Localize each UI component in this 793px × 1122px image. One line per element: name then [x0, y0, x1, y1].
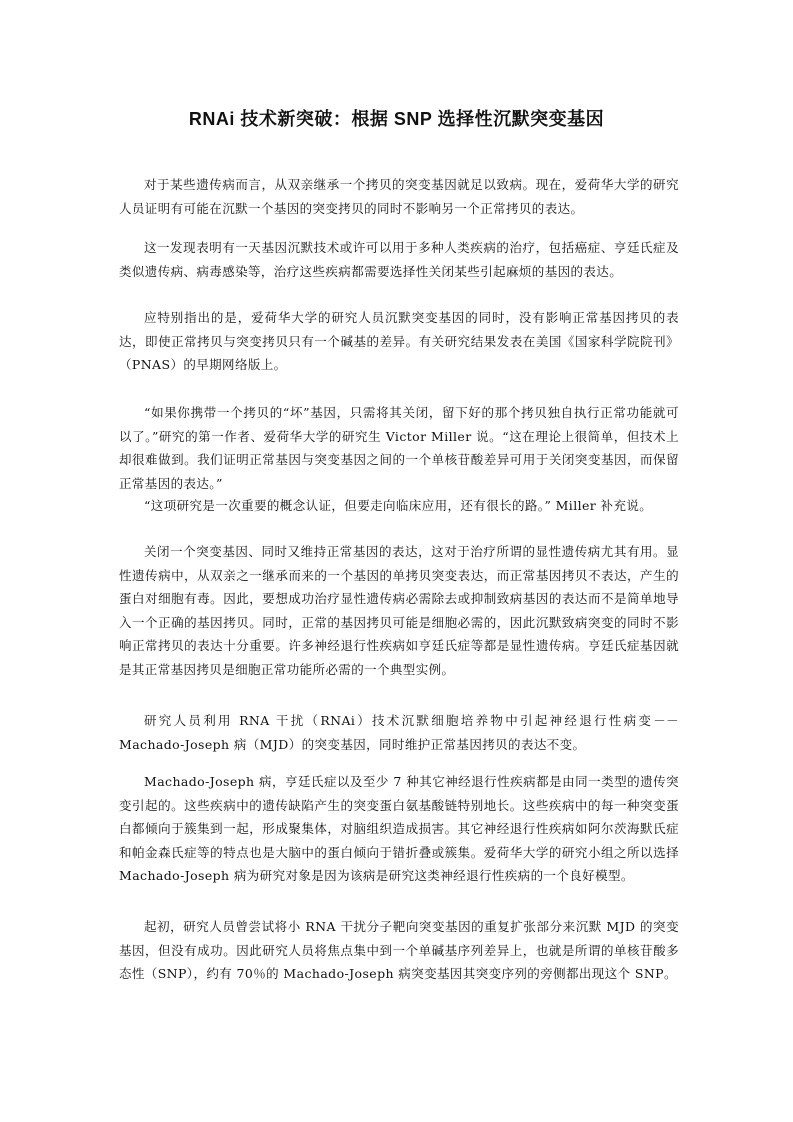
- paragraph-1: 对于某些遗传病而言，从双亲继承一个拷贝的突变基因就足以致病。现在，爱荷华大学的研…: [119, 173, 679, 220]
- document-title: RNAi 技术新突破：根据 SNP 选择性沉默突变基因: [0, 105, 793, 131]
- paragraph-3: 应特别指出的是，爱荷华大学的研究人员沉默突变基因的同时，没有影响正常基因拷贝的表…: [119, 306, 679, 377]
- paragraph-5: “这项研究是一次重要的概念认证，但要走向临床应用，还有很长的路。” Miller…: [119, 494, 679, 518]
- document-page: RNAi 技术新突破：根据 SNP 选择性沉默突变基因 对于某些遗传病而言，从双…: [0, 0, 793, 1122]
- paragraph-4: “如果你携带一个拷贝的“坏”基因，只需将其关闭，留下好的那个拷贝独自执行正常功能…: [119, 401, 679, 495]
- paragraph-8: Machado-Joseph 病，亨廷氏症以及至少 7 种其它神经退行性疾病都是…: [119, 770, 679, 888]
- paragraph-7: 研究人员利用 RNA 干扰（RNAi）技术沉默细胞培养物中引起神经退行性病变－－…: [119, 709, 679, 756]
- paragraph-2: 这一发现表明有一天基因沉默技术或许可以用于多种人类疾病的治疗，包括癌症、亨廷氏症…: [119, 236, 679, 283]
- paragraph-9: 起初，研究人员曾尝试将小 RNA 干扰分子靶向突变基因的重复扩张部分来沉默 MJ…: [119, 915, 679, 986]
- paragraph-6: 关闭一个突变基因、同时又维持正常基因的表达，这对于治疗所谓的显性遗传病尤其有用。…: [119, 540, 679, 681]
